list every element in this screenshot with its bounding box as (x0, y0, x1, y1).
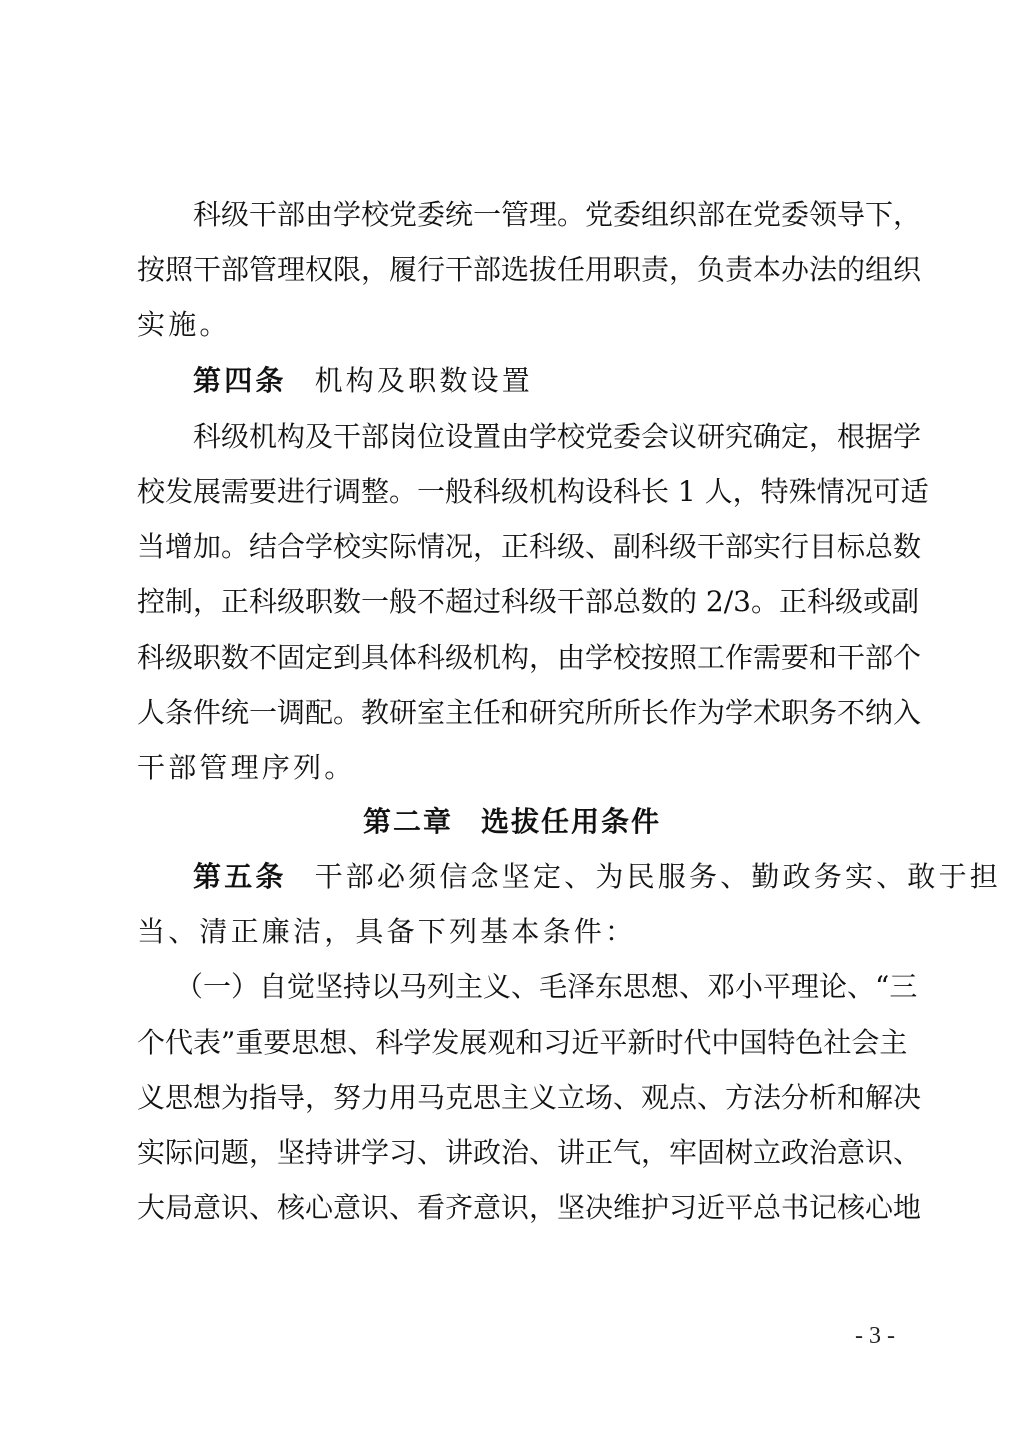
list-item-line: 大局意识、核心意识、看齐意识，坚决维护习近平总书记核心地 (137, 1188, 907, 1228)
paragraph-line: 科级机构及干部岗位设置由学校党委会议研究确定，根据学 (193, 417, 907, 457)
list-item-line: （一）自觉坚持以马列主义、毛泽东思想、邓小平理论、“三 (175, 967, 907, 1007)
paragraph-line: 控制，正科级职数一般不超过科级干部总数的 2/3。正科级或副 (137, 582, 907, 622)
list-item-line: 个代表”重要思想、科学发展观和习近平新时代中国特色社会主 (137, 1023, 907, 1063)
paragraph-line: 科级干部由学校党委统一管理。党委组织部在党委领导下， (193, 195, 907, 235)
list-item-line: 实际问题，坚持讲学习、讲政治、讲正气，牢固树立政治意识、 (137, 1133, 907, 1173)
chapter-label: 第二章 (363, 805, 453, 838)
paragraph-line: 科级职数不固定到具体科级机构，由学校按照工作需要和干部个 (137, 638, 907, 678)
article-heading: 第四条机构及职数设置 (193, 361, 907, 401)
paragraph-line: 当增加。结合学校实际情况，正科级、副科级干部实行目标总数 (137, 527, 907, 567)
chapter-title: 选拔任用条件 (481, 805, 661, 838)
paragraph-line: 实施。 (137, 305, 907, 345)
list-item-line: 义思想为指导，努力用马克思主义立场、观点、方法分析和解决 (137, 1078, 907, 1118)
paragraph-line: 当、清正廉洁，具备下列基本条件： (137, 912, 907, 952)
article-heading: 第五条干部必须信念坚定、为民服务、勤政务实、敢于担 (193, 857, 907, 897)
chapter-heading: 第二章选拔任用条件 (0, 802, 1024, 842)
page-number: - 3 - (830, 1320, 920, 1352)
article-label: 第四条 (193, 364, 287, 397)
paragraph-line: 干部管理序列。 (137, 748, 907, 788)
paragraph-line: 人条件统一调配。教研室主任和研究所所长作为学术职务不纳入 (137, 693, 907, 733)
paragraph-line: 按照干部管理权限，履行干部选拔任用职责，负责本办法的组织 (137, 250, 907, 290)
article-title: 机构及职数设置 (315, 364, 533, 397)
article-label: 第五条 (193, 860, 287, 893)
paragraph-line: 校发展需要进行调整。一般科级机构设科长 1 人，特殊情况可适 (137, 472, 907, 512)
article-first-line: 干部必须信念坚定、为民服务、勤政务实、敢于担 (315, 860, 1001, 893)
document-page: 科级干部由学校党委统一管理。党委组织部在党委领导下， 按照干部管理权限，履行干部… (0, 0, 1024, 1448)
